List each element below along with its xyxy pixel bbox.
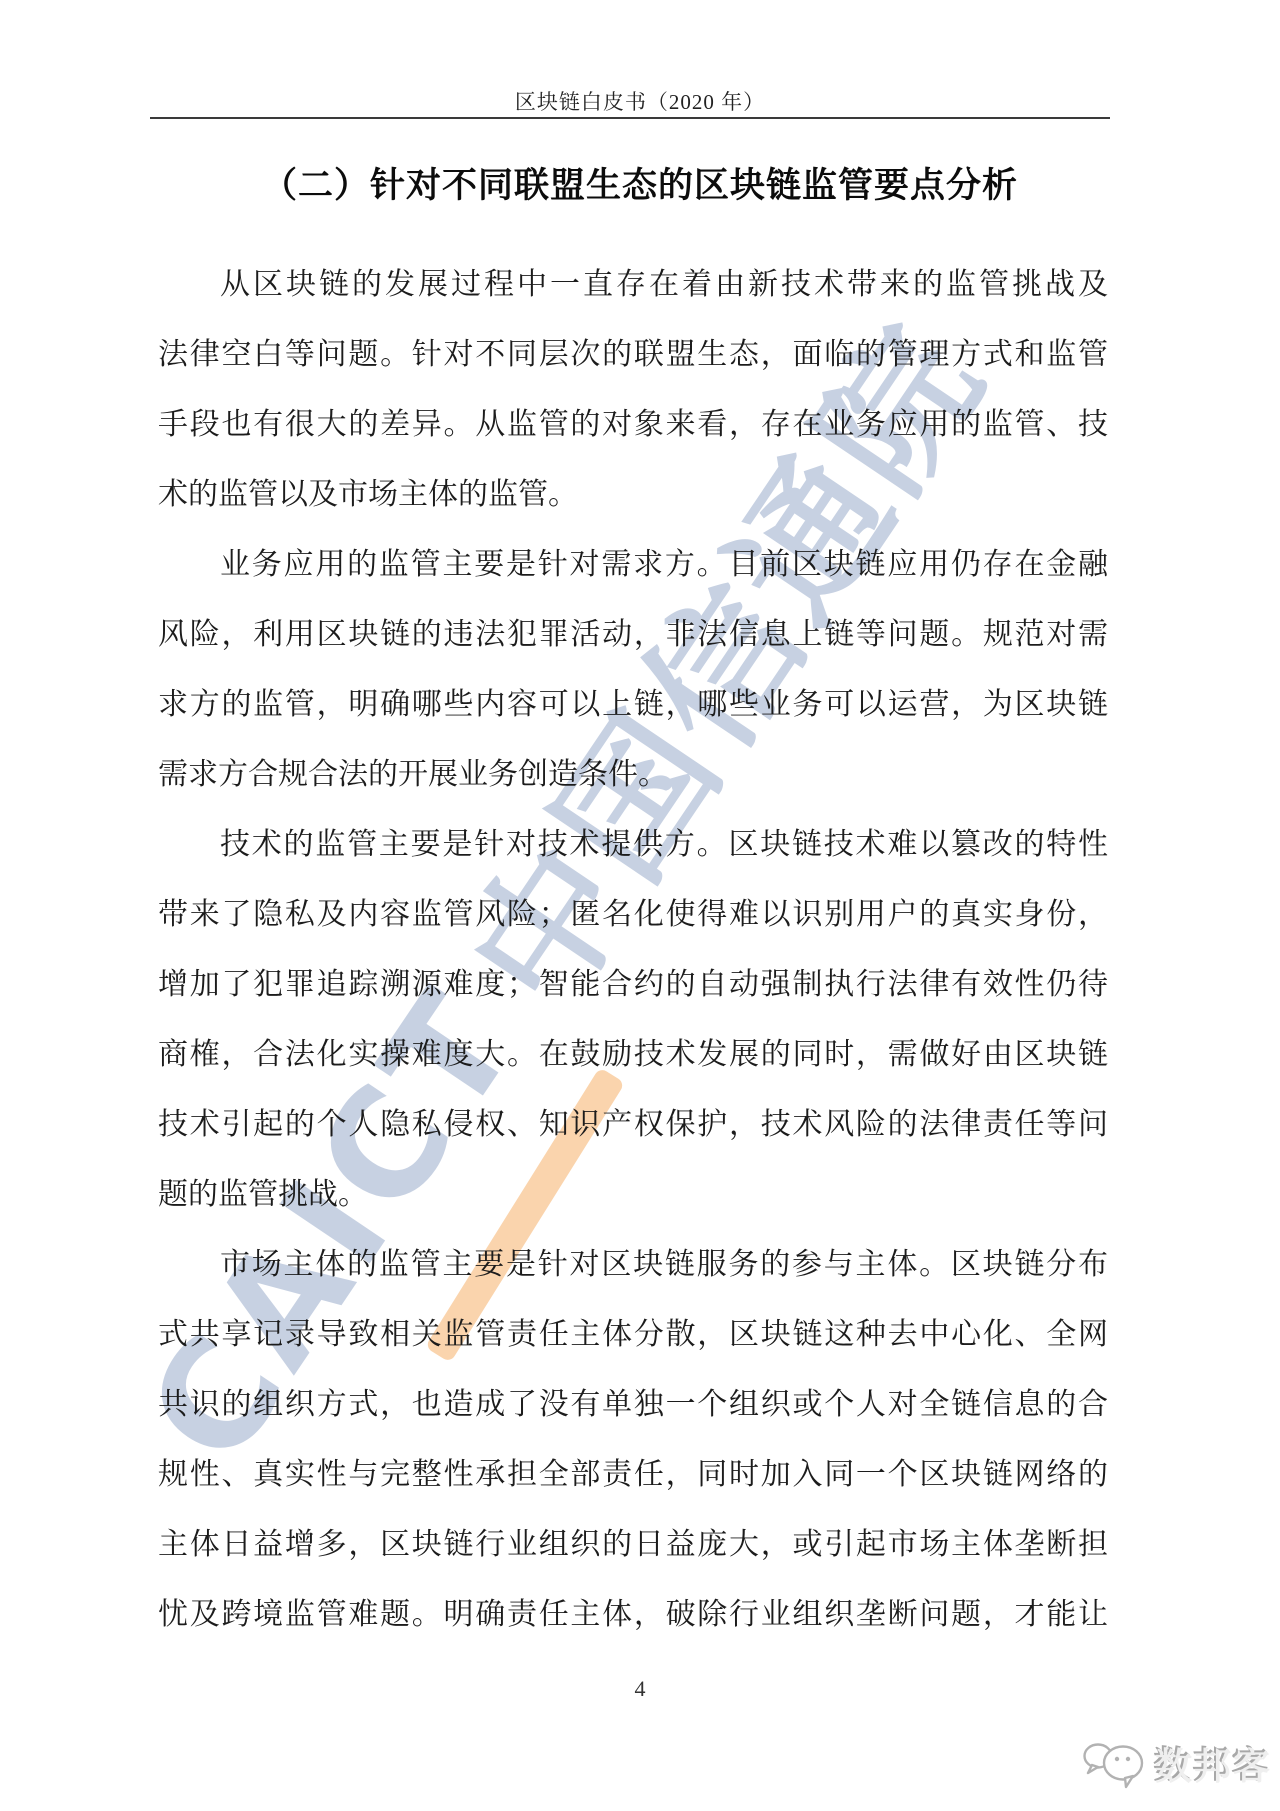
body-text-line: 题的监管挑战。 (158, 1160, 1108, 1230)
body-text-line: 求方的监管，明确哪些内容可以上链，哪些业务可以运营，为区块链 (158, 670, 1108, 740)
body-text-line: 技术的监管主要是针对技术提供方。区块链技术难以篡改的特性 (158, 810, 1108, 880)
running-header-title: 区块链白皮书（2020 年） (0, 86, 1280, 116)
document-page: CAICT 中国信通院 区块链白皮书（2020 年） （二）针对不同联盟生态的区… (0, 0, 1280, 1811)
page-number: 4 (0, 1676, 1280, 1702)
footer-brand: 数邦客 (1081, 1736, 1272, 1790)
wechat-bubbles-icon (1081, 1737, 1147, 1789)
body-text-line: 术的监管以及市场主体的监管。 (158, 460, 1108, 530)
body-text-line: 业务应用的监管主要是针对需求方。目前区块链应用仍存在金融 (158, 530, 1108, 600)
header-divider (150, 117, 1110, 119)
body-text-line: 从区块链的发展过程中一直存在着由新技术带来的监管挑战及 (158, 250, 1108, 320)
body-text: 从区块链的发展过程中一直存在着由新技术带来的监管挑战及法律空白等问题。针对不同层… (158, 250, 1108, 1650)
body-text-line: 增加了犯罪追踪溯源难度；智能合约的自动强制执行法律有效性仍待 (158, 950, 1108, 1020)
body-text-line: 法律空白等问题。针对不同层次的联盟生态，面临的管理方式和监管 (158, 320, 1108, 390)
section-title: （二）针对不同联盟生态的区块链监管要点分析 (0, 158, 1280, 208)
body-text-line: 忧及跨境监管难题。明确责任主体，破除行业组织垄断问题，才能让 (158, 1580, 1108, 1650)
body-text-line: 风险，利用区块链的违法犯罪活动，非法信息上链等问题。规范对需 (158, 600, 1108, 670)
footer-brand-text: 数邦客 (1155, 1736, 1272, 1790)
body-text-line: 共识的组织方式，也造成了没有单独一个组织或个人对全链信息的合 (158, 1370, 1108, 1440)
body-text-line: 需求方合规合法的开展业务创造条件。 (158, 740, 1108, 810)
body-text-line: 技术引起的个人隐私侵权、知识产权保护，技术风险的法律责任等问 (158, 1090, 1108, 1160)
body-text-line: 规性、真实性与完整性承担全部责任，同时加入同一个区块链网络的 (158, 1440, 1108, 1510)
body-text-line: 商榷，合法化实操难度大。在鼓励技术发展的同时，需做好由区块链 (158, 1020, 1108, 1090)
body-text-line: 式共享记录导致相关监管责任主体分散，区块链这种去中心化、全网 (158, 1300, 1108, 1370)
body-text-line: 市场主体的监管主要是针对区块链服务的参与主体。区块链分布 (158, 1230, 1108, 1300)
body-text-line: 主体日益增多，区块链行业组织的日益庞大，或引起市场主体垄断担 (158, 1510, 1108, 1580)
body-text-line: 带来了隐私及内容监管风险；匿名化使得难以识别用户的真实身份， (158, 880, 1108, 950)
body-text-line: 手段也有很大的差异。从监管的对象来看，存在业务应用的监管、技 (158, 390, 1108, 460)
